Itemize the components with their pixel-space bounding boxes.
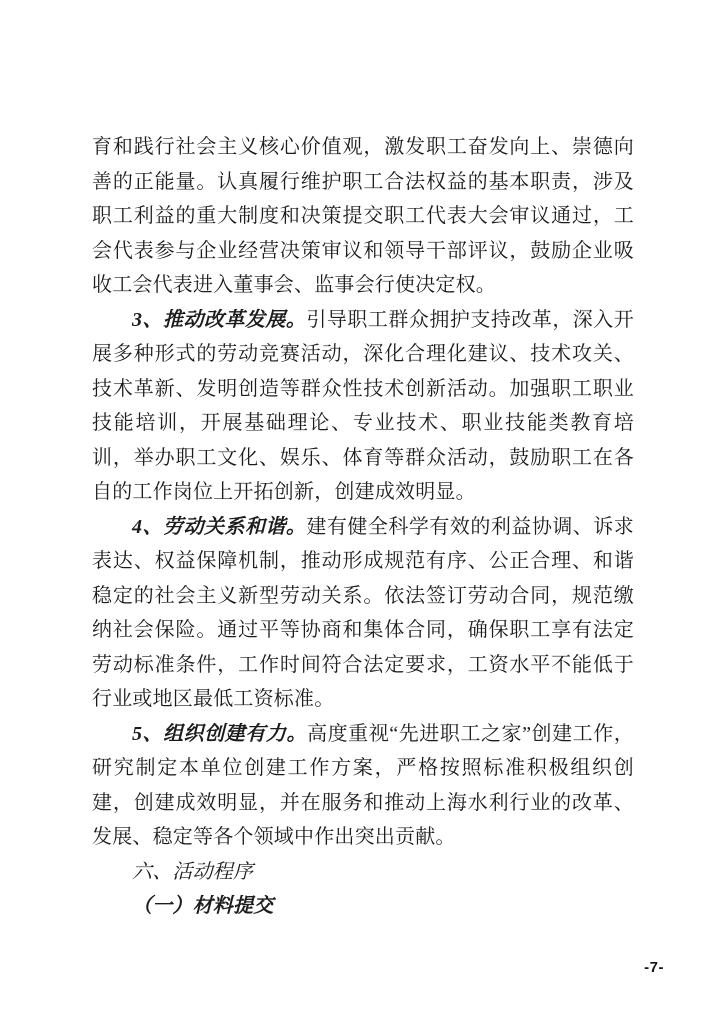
paragraph-text: 育和践行社会主义核心价值观，激发职工奋发向上、崇德向善的正能量。认真履行维护职工… (92, 136, 634, 296)
paragraph-text: 引导职工群众拥护支持改革，深入开展多种形式的劳动竞赛活动，深化合理化建议、技术攻… (92, 309, 634, 504)
subsection-heading-text: （一）材料提交 (132, 895, 273, 917)
paragraph-continuation: 育和践行社会主义核心价值观，激发职工奋发向上、崇德向善的正能量。认真履行维护职工… (92, 130, 634, 303)
subsection-heading: （一）材料提交 (92, 889, 634, 924)
page-number: -7- (644, 959, 664, 976)
paragraph-lead: 5、组织创建有力。 (132, 723, 307, 745)
paragraph-text: 建有健全科学有效的利益协调、诉求表达、权益保障机制，推动形成规范有序、公正合理、… (92, 516, 634, 711)
section-heading-text: 六、活动程序 (132, 861, 253, 883)
paragraph-item-5: 5、组织创建有力。高度重视“先进职工之家”创建工作，研究制定本单位创建工作方案，… (92, 717, 634, 855)
document-page: 育和践行社会主义核心价值观，激发职工奋发向上、崇德向善的正能量。认真履行维护职工… (0, 0, 724, 1024)
section-heading: 六、活动程序 (92, 855, 634, 890)
paragraph-lead: 3、推动改革发展。 (132, 309, 306, 331)
paragraph-item-3: 3、推动改革发展。引导职工群众拥护支持改革，深入开展多种形式的劳动竞赛活动，深化… (92, 303, 634, 510)
paragraph-item-4: 4、劳动关系和谐。建有健全科学有效的利益协调、诉求表达、权益保障机制，推动形成规… (92, 510, 634, 717)
document-body: 育和践行社会主义核心价值观，激发职工奋发向上、崇德向善的正能量。认真履行维护职工… (92, 130, 634, 924)
paragraph-lead: 4、劳动关系和谐。 (132, 516, 306, 538)
